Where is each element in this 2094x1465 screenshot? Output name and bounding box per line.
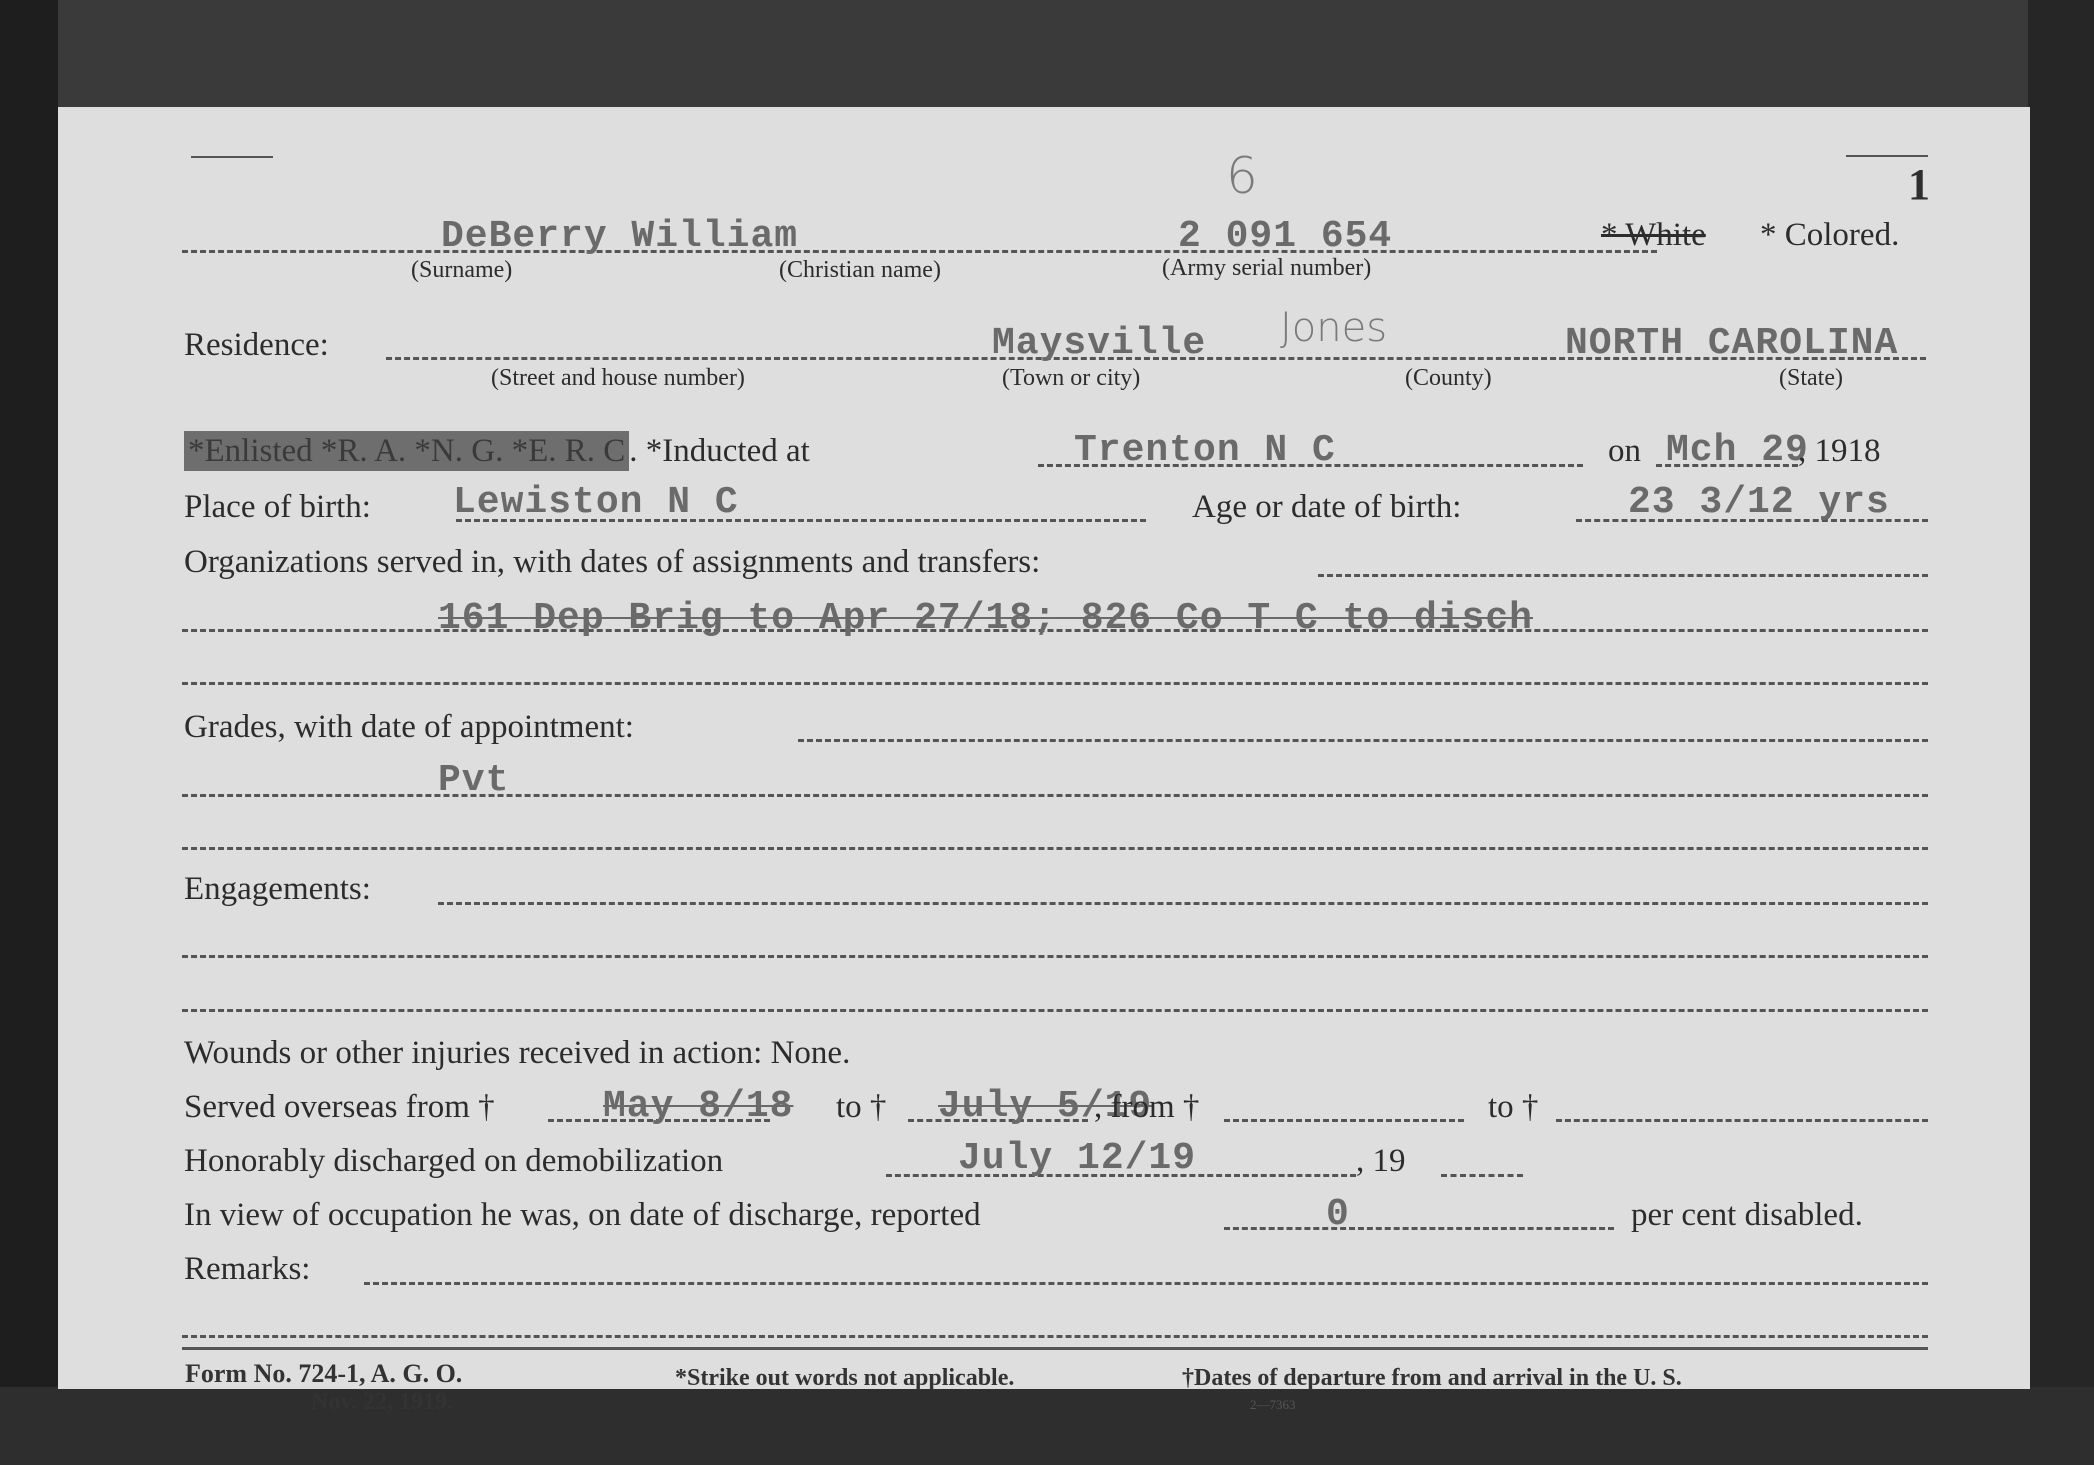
age-label: Age or date of birth: — [1192, 489, 1461, 526]
top-left-rule — [191, 156, 273, 158]
overseas-to-label-2: to † — [1488, 1089, 1538, 1126]
remarks-line-1 — [364, 1282, 1928, 1285]
scan-background-left — [0, 0, 58, 1465]
induction-row: *Enlisted *R. A. *N. G. *E. R. C. *Induc… — [184, 433, 810, 470]
overseas-from-label-2: , from † — [1094, 1089, 1199, 1126]
grades-line-1 — [798, 739, 1928, 742]
pencil-mark: 6 — [1226, 147, 1258, 205]
card-number: 1 — [1908, 159, 1930, 210]
organizations-value: 161 Dep Brig to Apr 27/18; 826 Co T C to… — [438, 597, 1533, 640]
name-line — [182, 250, 1657, 253]
service-record-card: 1 6 DeBerry William (Surname) (Christian… — [58, 107, 2030, 1389]
inducted-date-value: Mch 29 — [1666, 429, 1809, 472]
engagements-line-3 — [182, 1009, 1928, 1012]
county-value: Jones — [1280, 305, 1387, 351]
form-number: Form No. 724-1, A. G. O. — [185, 1359, 462, 1389]
overseas-to-label: to † — [836, 1089, 886, 1126]
serial-number-label: (Army serial number) — [1162, 255, 1371, 282]
discharge-year-label: , 19 — [1356, 1143, 1406, 1180]
dates-note: †Dates of departure from and arrival in … — [1182, 1365, 1682, 1392]
christian-name-label: (Christian name) — [779, 257, 941, 284]
scan-background-right — [2028, 0, 2094, 1465]
disability-suffix: per cent disabled. — [1631, 1197, 1863, 1234]
footer-rule — [182, 1347, 1928, 1350]
overseas-to-line-2 — [1556, 1119, 1928, 1122]
form-date: Nov. 22, 1919. — [311, 1389, 453, 1416]
state-label: (State) — [1779, 365, 1843, 392]
state-value: NORTH CAROLINA — [1565, 322, 1898, 365]
inducted-place-value: Trenton N C — [1074, 429, 1336, 472]
grades-label: Grades, with date of appointment: — [184, 709, 634, 746]
surname-label: (Surname) — [411, 257, 512, 284]
overseas-departure-value: May 8/18 — [603, 1085, 793, 1128]
remarks-label: Remarks: — [184, 1251, 310, 1288]
remarks-line-2 — [182, 1335, 1928, 1338]
inducted-on-label: on — [1608, 433, 1641, 470]
inducted-at-label: . *Inducted at — [629, 433, 810, 469]
overseas-from-line-2 — [1224, 1119, 1464, 1122]
grades-line-2 — [182, 794, 1928, 797]
top-right-rule — [1846, 155, 1928, 157]
print-code: 2—7363 — [1250, 1397, 1296, 1413]
overseas-from-label: Served overseas from † — [184, 1089, 495, 1126]
engagements-line-2 — [182, 955, 1928, 958]
race-white-option: * White — [1601, 217, 1706, 254]
wounds-label: Wounds or other injuries received in act… — [184, 1035, 850, 1072]
disability-value: 0 — [1326, 1193, 1350, 1236]
strike-out-note: *Strike out words not applicable. — [675, 1365, 1014, 1392]
organizations-line-3 — [182, 682, 1928, 685]
disability-label: In view of occupation he was, on date of… — [184, 1197, 981, 1234]
age-value: 23 3/12 yrs — [1628, 481, 1890, 524]
disability-line — [1224, 1227, 1614, 1230]
town-label: (Town or city) — [1002, 365, 1140, 392]
organizations-label: Organizations served in, with dates of a… — [184, 544, 1040, 581]
town-value: Maysville — [992, 322, 1206, 365]
discharge-label: Honorably discharged on demobilization — [184, 1143, 723, 1180]
county-label: (County) — [1405, 365, 1492, 392]
street-label: (Street and house number) — [491, 365, 745, 392]
serial-number-value: 2 091 654 — [1178, 215, 1392, 258]
name-value: DeBerry William — [441, 215, 798, 258]
enlistment-options-redacted: *Enlisted *R. A. *N. G. *E. R. C — [184, 431, 629, 471]
discharge-year-line — [1441, 1174, 1523, 1177]
place-of-birth-label: Place of birth: — [184, 489, 371, 526]
engagements-label: Engagements: — [184, 871, 371, 908]
inducted-year: , 1918 — [1798, 433, 1881, 470]
organizations-line-1 — [1318, 574, 1928, 577]
residence-label: Residence: — [184, 327, 329, 364]
race-colored-option: * Colored. — [1760, 217, 1899, 254]
discharge-date-value: July 12/19 — [958, 1137, 1196, 1180]
engagements-line-1 — [438, 902, 1928, 905]
place-of-birth-value: Lewiston N C — [453, 481, 739, 524]
grades-line-3 — [182, 847, 1928, 850]
